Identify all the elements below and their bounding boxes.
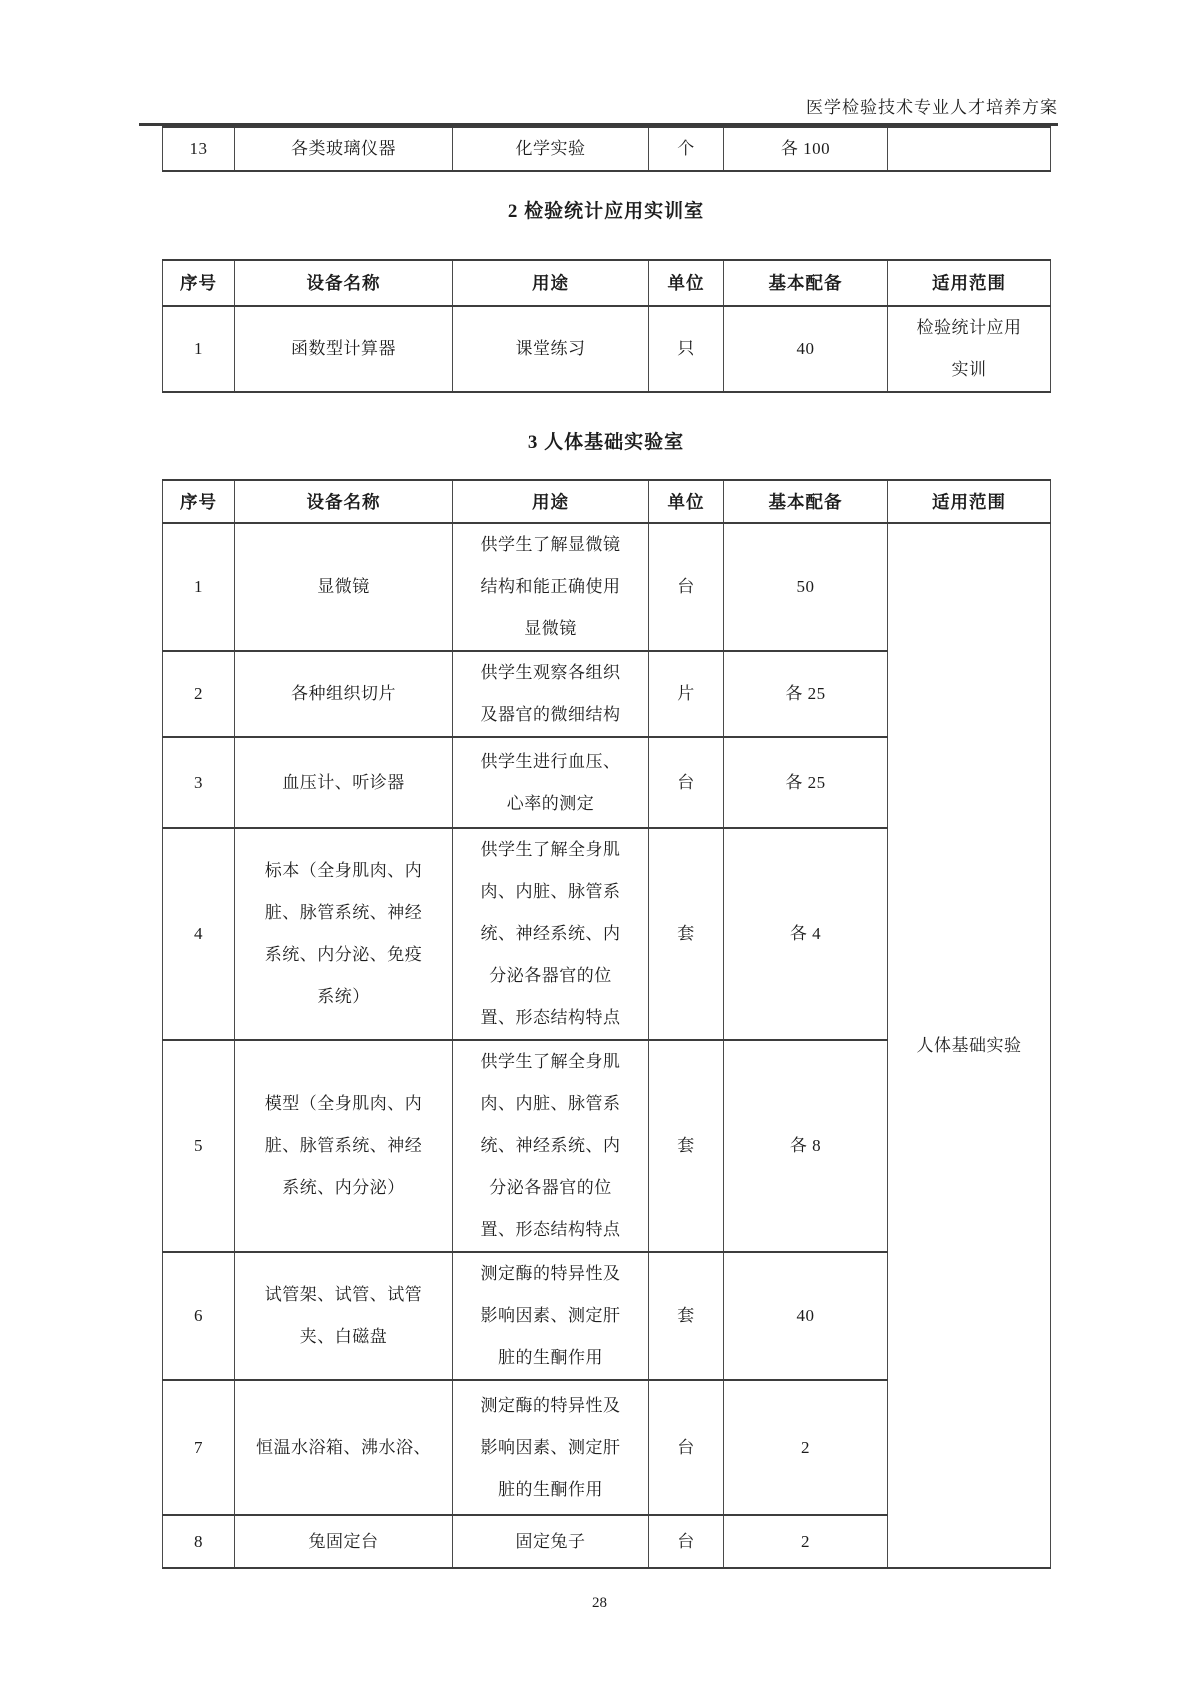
cell-purpose: 固定兔子: [453, 1515, 649, 1568]
cell-serial: 3: [163, 737, 235, 828]
cell-device-name: 函数型计算器: [235, 306, 453, 392]
cell-purpose: 测定酶的特异性及 影响因素、测定肝 脏的生酮作用: [453, 1380, 649, 1515]
page-number: 28: [0, 1593, 1199, 1613]
cell-serial: 6: [163, 1252, 235, 1380]
col-header-device-name: 设备名称: [235, 260, 453, 306]
col-header-scope: 适用范围: [888, 480, 1051, 523]
cell-base-quantity: 各 8: [724, 1040, 888, 1252]
cell-serial: 8: [163, 1515, 235, 1568]
cell-unit: 片: [649, 651, 724, 737]
cell-purpose: 课堂练习: [453, 306, 649, 392]
col-header-serial: 序号: [163, 260, 235, 306]
cell-unit: 个: [649, 127, 724, 171]
cell-serial: 13: [163, 127, 235, 171]
page-header: 医学检验技术专业人才培养方案: [139, 96, 1058, 126]
col-header-device-name: 设备名称: [235, 480, 453, 523]
document-page: 医学检验技术专业人才培养方案 13 各类玻璃仪器 化学实验 个 各 100 2 …: [0, 0, 1199, 1613]
table-row: 1 显微镜 供学生了解显微镜 结构和能正确使用 显微镜 台 50 人体基础实验: [163, 523, 1051, 651]
cell-purpose: 供学生进行血压、 心率的测定: [453, 737, 649, 828]
cell-unit: 套: [649, 828, 724, 1040]
table-row: 1 函数型计算器 课堂练习 只 40 检验统计应用 实训: [163, 306, 1051, 392]
cell-unit: 台: [649, 1515, 724, 1568]
cell-serial: 1: [163, 306, 235, 392]
cell-purpose: 供学生观察各组织 及器官的微细结构: [453, 651, 649, 737]
cell-device-name: 各种组织切片: [235, 651, 453, 737]
section-heading-3: 3 人体基础实验室: [162, 429, 1050, 457]
col-header-unit: 单位: [649, 260, 724, 306]
cell-unit: 台: [649, 523, 724, 651]
cell-unit: 台: [649, 1380, 724, 1515]
cell-base-quantity: 50: [724, 523, 888, 651]
cell-unit: 套: [649, 1040, 724, 1252]
cell-unit: 只: [649, 306, 724, 392]
cell-base-quantity: 2: [724, 1380, 888, 1515]
section-heading-2: 2 检验统计应用实训室: [162, 198, 1050, 226]
cell-scope: 人体基础实验: [888, 523, 1051, 1568]
table-row: 13 各类玻璃仪器 化学实验 个 各 100: [163, 127, 1051, 171]
table-header-row: 序号 设备名称 用途 单位 基本配备 适用范围: [163, 260, 1051, 306]
cell-base-quantity: 各 25: [724, 737, 888, 828]
cell-serial: 7: [163, 1380, 235, 1515]
cell-scope: [888, 127, 1051, 171]
table-header-row: 序号 设备名称 用途 单位 基本配备 适用范围: [163, 480, 1051, 523]
col-header-unit: 单位: [649, 480, 724, 523]
cell-device-name: 恒温水浴箱、沸水浴、: [235, 1380, 453, 1515]
col-header-base-quantity: 基本配备: [724, 260, 888, 306]
cell-purpose: 化学实验: [453, 127, 649, 171]
cell-serial: 4: [163, 828, 235, 1040]
cell-scope: 检验统计应用 实训: [888, 306, 1051, 392]
col-header-purpose: 用途: [453, 260, 649, 306]
cell-base-quantity: 各 100: [724, 127, 888, 171]
cell-purpose: 测定酶的特异性及 影响因素、测定肝 脏的生酮作用: [453, 1252, 649, 1380]
human-body-lab-equipment-table: 序号 设备名称 用途 单位 基本配备 适用范围 1 显微镜 供学生了解显微镜 结…: [162, 479, 1051, 1569]
cell-serial: 5: [163, 1040, 235, 1252]
cell-base-quantity: 40: [724, 306, 888, 392]
cell-base-quantity: 各 4: [724, 828, 888, 1040]
cell-purpose: 供学生了解显微镜 结构和能正确使用 显微镜: [453, 523, 649, 651]
cell-device-name: 血压计、听诊器: [235, 737, 453, 828]
col-header-purpose: 用途: [453, 480, 649, 523]
statistics-lab-equipment-table: 序号 设备名称 用途 单位 基本配备 适用范围 1 函数型计算器 课堂练习 只 …: [162, 259, 1051, 393]
col-header-serial: 序号: [163, 480, 235, 523]
cell-purpose: 供学生了解全身肌 肉、内脏、脉管系 统、神经系统、内 分泌各器官的位 置、形态结…: [453, 828, 649, 1040]
cell-device-name: 试管架、试管、试管 夹、白磁盘: [235, 1252, 453, 1380]
cell-base-quantity: 40: [724, 1252, 888, 1380]
cell-purpose: 供学生了解全身肌 肉、内脏、脉管系 统、神经系统、内 分泌各器官的位 置、形态结…: [453, 1040, 649, 1252]
cell-serial: 1: [163, 523, 235, 651]
cell-base-quantity: 2: [724, 1515, 888, 1568]
col-header-base-quantity: 基本配备: [724, 480, 888, 523]
col-header-scope: 适用范围: [888, 260, 1051, 306]
cell-device-name: 各类玻璃仪器: [235, 127, 453, 171]
carryover-equipment-table: 13 各类玻璃仪器 化学实验 个 各 100: [162, 126, 1051, 172]
cell-device-name: 标本（全身肌肉、内 脏、脉管系统、神经 系统、内分泌、免疫 系统）: [235, 828, 453, 1040]
cell-device-name: 显微镜: [235, 523, 453, 651]
cell-base-quantity: 各 25: [724, 651, 888, 737]
page-header-title: 医学检验技术专业人才培养方案: [806, 98, 1058, 117]
cell-unit: 台: [649, 737, 724, 828]
cell-unit: 套: [649, 1252, 724, 1380]
cell-serial: 2: [163, 651, 235, 737]
cell-device-name: 兔固定台: [235, 1515, 453, 1568]
cell-device-name: 模型（全身肌肉、内 脏、脉管系统、神经 系统、内分泌）: [235, 1040, 453, 1252]
